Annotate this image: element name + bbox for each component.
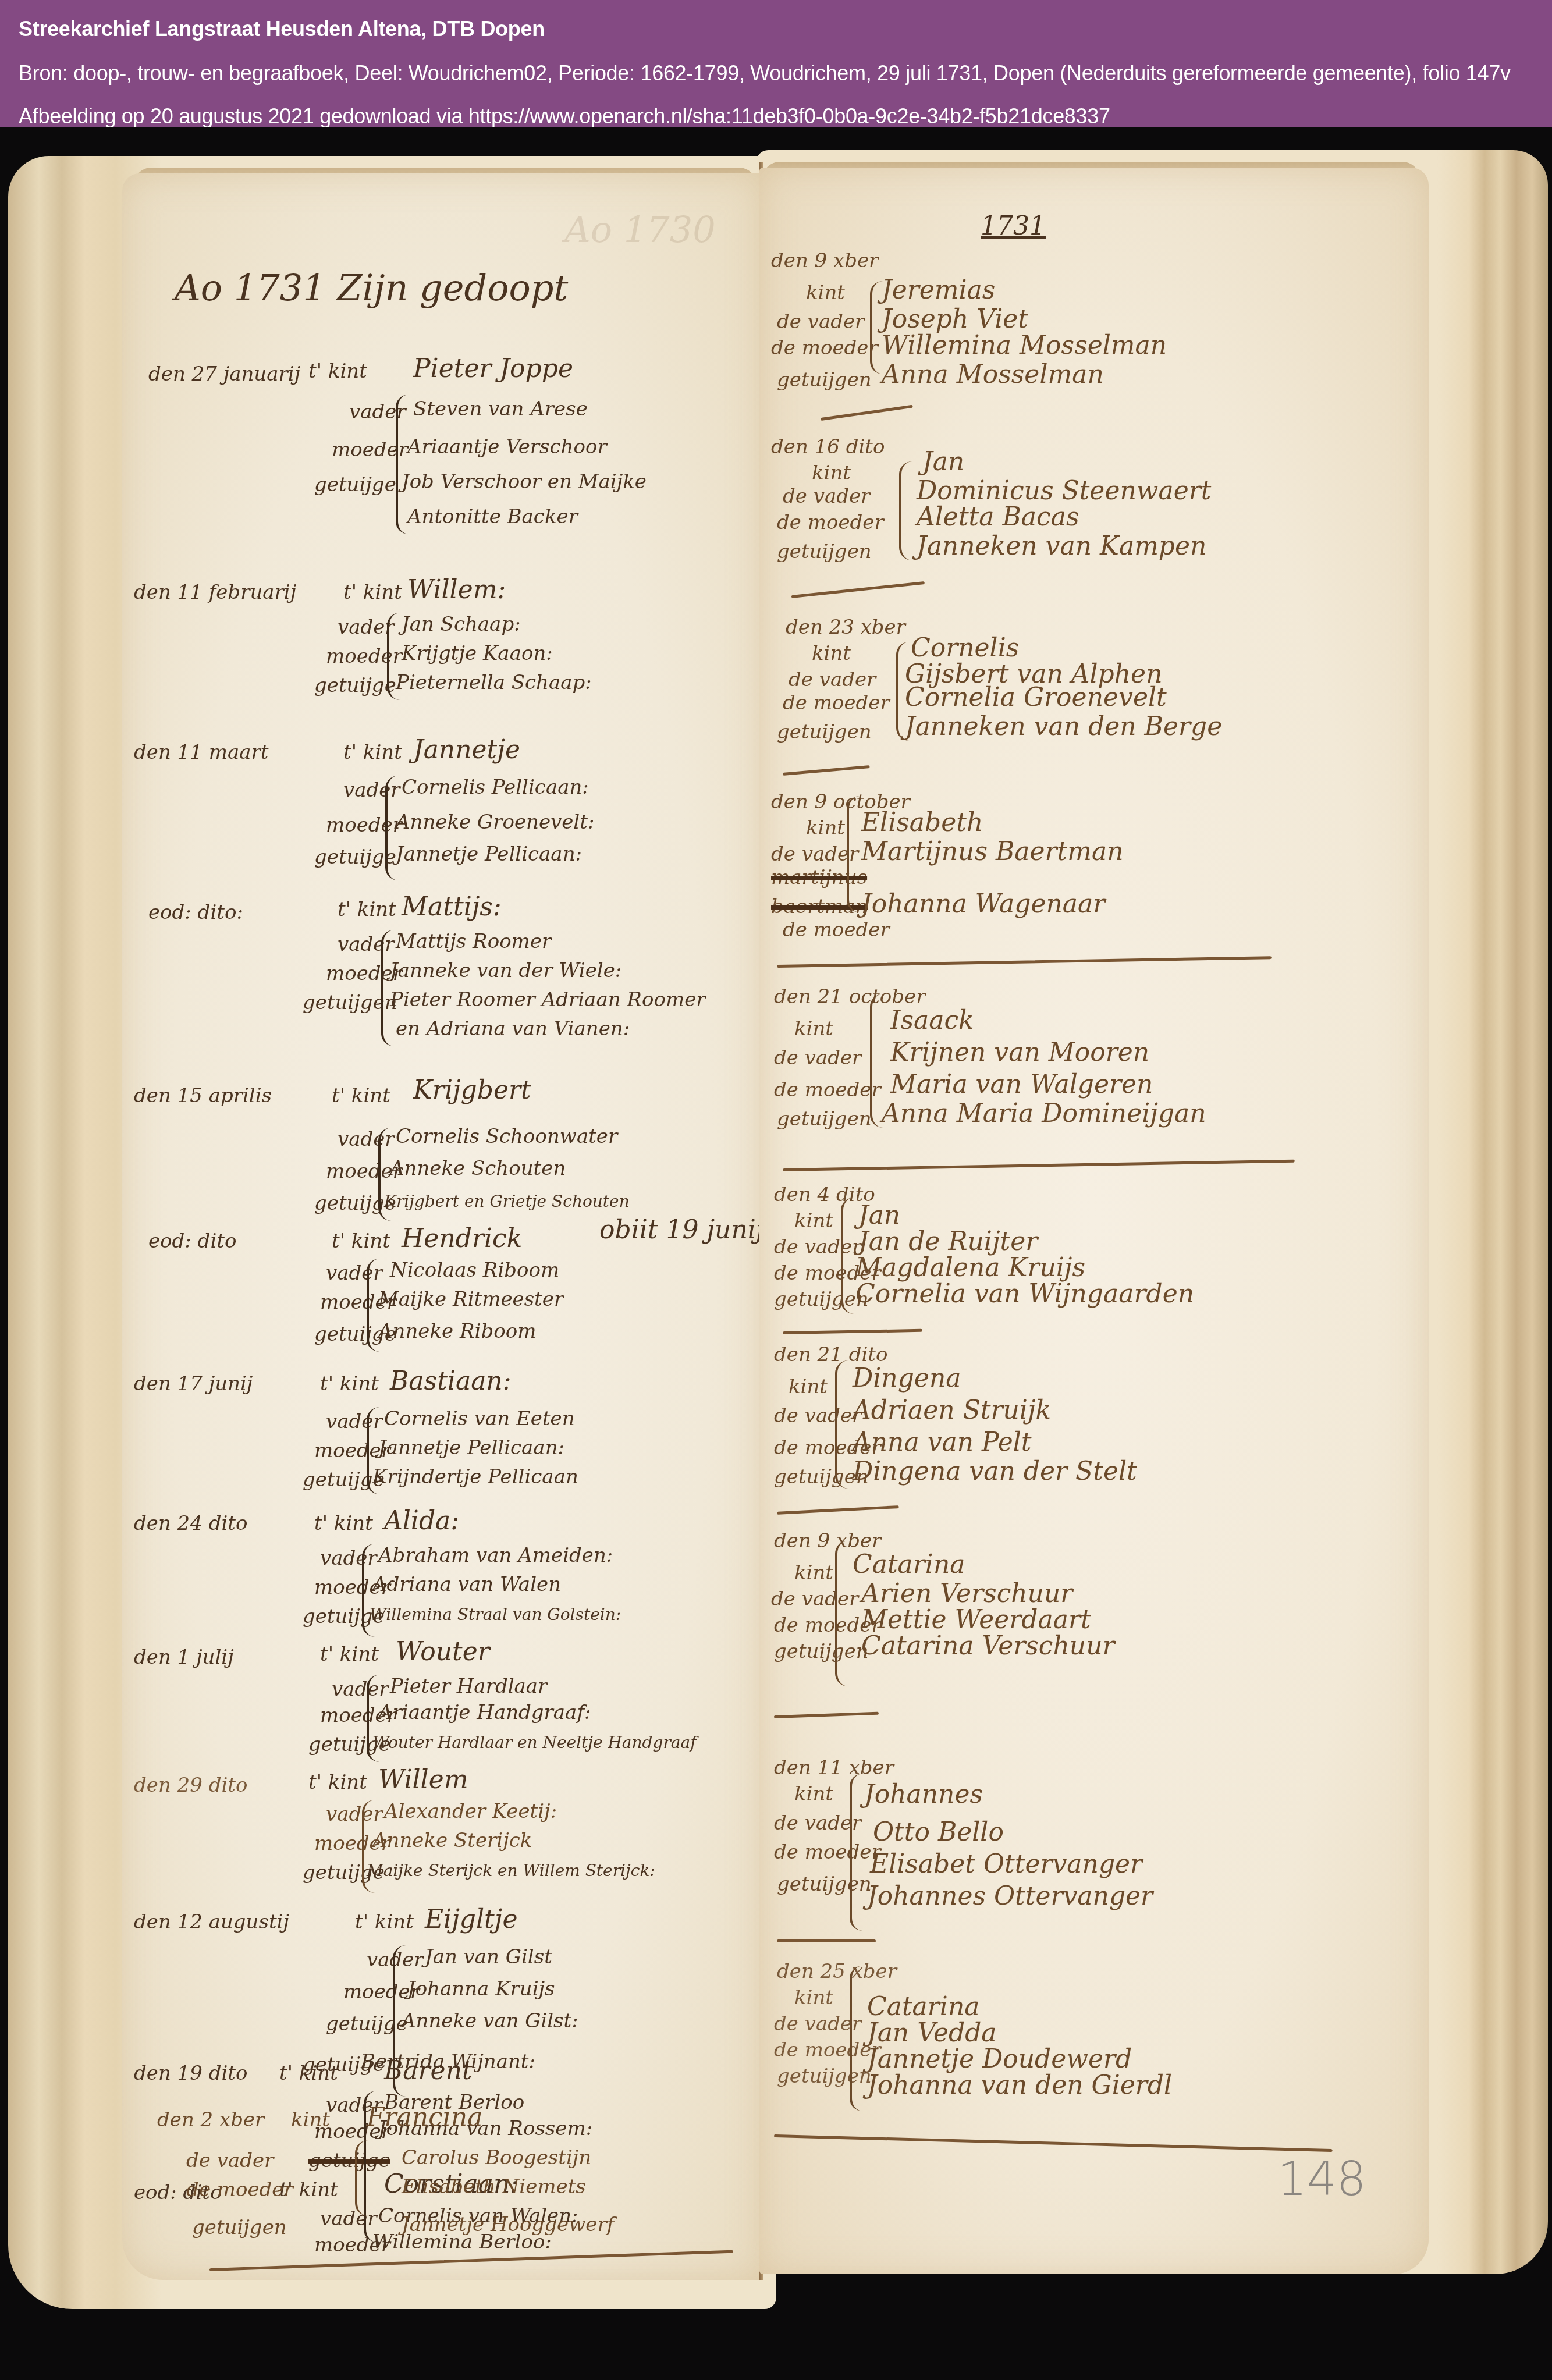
person-name: Anna Mosselman <box>882 360 1104 389</box>
brace <box>896 642 909 741</box>
role-label: de moeder <box>774 1078 881 1102</box>
role-label: vader <box>338 616 395 639</box>
person-name: Arien Verschuur <box>861 1579 1072 1608</box>
person-name: Pieter Roomer Adriaan Roomer <box>390 988 706 1011</box>
child-name: Pieter Joppe <box>413 354 573 383</box>
child-name: Elisabeth <box>861 808 983 837</box>
person-name: Bertrida Wijnant: <box>361 2050 535 2073</box>
page-number: 148 <box>1277 2152 1366 2206</box>
person-name: Alexander Keetij: <box>384 1800 557 1823</box>
person-name: Janneken van Kampen <box>917 531 1206 561</box>
role-label: de vader <box>774 1404 861 1427</box>
brace <box>850 1774 862 1931</box>
person-name: Krijgtje Kaaon: <box>402 642 553 665</box>
right-page: 1731 den 9 xber kint Jeremias de vader J… <box>759 168 1429 2274</box>
entry-date: den 27 januarij <box>148 363 300 386</box>
child-name: Alida: <box>384 1506 459 1536</box>
role-label: de moeder <box>774 1841 881 1864</box>
person-name: Anneke Groenevelt: <box>396 811 594 834</box>
person-name: Anneke Sterijck <box>372 1829 532 1852</box>
person-name: Aletta Bacas <box>917 502 1079 532</box>
person-name: Joseph Viet <box>882 304 1028 334</box>
brace <box>367 1407 379 1494</box>
person-name: Nicolaas Riboom <box>390 1259 559 1282</box>
role-label: getuijgen <box>777 540 872 563</box>
left-page: Ao 1730 Ao 1731 Zijn gedoopt den 27 janu… <box>122 173 762 2280</box>
person-name: Willemina Straal van Golstein: <box>370 1605 621 1624</box>
person-name: Elisabet Ottervanger <box>870 1849 1142 1879</box>
brace <box>362 1800 375 1893</box>
separator-line <box>774 1712 879 1718</box>
entry-date: eod: dito: <box>148 901 243 924</box>
role-label: de vader <box>789 668 876 691</box>
role-label: getuijgen <box>192 2216 287 2239</box>
child-name: Willem: <box>407 575 506 605</box>
archive-header-banner: Streekarchief Langstraat Heusden Altena,… <box>0 0 1552 127</box>
archive-title: Streekarchief Langstraat Heusden Altena,… <box>19 17 1533 41</box>
person-name: Jannetje Pellicaan: <box>396 843 582 866</box>
person-name: Cornelis Schoonwater <box>396 1125 617 1148</box>
child-name: Jan <box>922 447 964 477</box>
person-name: Elisabeth Niemets <box>402 2175 586 2198</box>
role-label: de moeder <box>777 511 884 534</box>
download-attribution: Afbeelding op 20 augustus 2021 gedownloa… <box>19 105 1533 128</box>
person-name: Cornelis van Eeten <box>384 1407 575 1430</box>
child-name: Hendrick <box>402 1224 522 1253</box>
person-name: Willemina Mosselman <box>882 331 1167 360</box>
person-name: Johannes Ottervanger <box>867 1881 1153 1911</box>
role-label: kint <box>789 1375 828 1398</box>
source-citation: Bron: doop-, trouw- en begraafboek, Deel… <box>19 62 1533 85</box>
brace <box>387 613 400 700</box>
person-name: Ariaantje Verschoor <box>407 435 607 459</box>
brace <box>899 461 912 560</box>
role-label: de moeder <box>774 2038 881 2062</box>
struck-label: getuijge <box>308 2149 390 2172</box>
person-name: Maijke Ritmeester <box>378 1288 563 1311</box>
entry-date: den 16 dito <box>771 435 885 459</box>
person-name: Wouter Hardlaar en Neeltje Handgraaf <box>372 1733 697 1752</box>
child-name: Isaack <box>890 1006 974 1035</box>
role-label: getuijge <box>314 473 396 496</box>
person-name: Maria van Walgeren <box>890 1070 1153 1099</box>
role-label: vader <box>332 1678 389 1701</box>
role-label: de vader <box>783 485 870 508</box>
child-name: Willem <box>378 1765 468 1795</box>
brace <box>835 1541 848 1686</box>
role-label: kint <box>806 281 845 304</box>
role-label: getuijge <box>314 846 396 869</box>
role-label: kint <box>794 1561 833 1585</box>
child-name: Cornelis <box>911 633 1019 663</box>
role-label: de vader <box>774 1046 861 1070</box>
person-name: Pieter Hardlaar <box>390 1675 547 1698</box>
entry-date: den 12 augustij <box>134 1910 289 1934</box>
person-name: Mettie Weerdaart <box>861 1605 1091 1635</box>
kind-label: t' kint <box>308 360 367 383</box>
person-name: Carolus Boogestijn <box>402 2146 591 2169</box>
brace <box>850 1966 862 2111</box>
entry-date: den 11 xber <box>774 1756 894 1779</box>
person-name: Cornelis Pellicaan: <box>402 776 589 799</box>
brace <box>355 2140 368 2216</box>
role-label: getuijge <box>314 674 396 697</box>
page-heading: 1731 <box>981 211 1046 241</box>
role-label: kint <box>812 642 851 665</box>
brace <box>841 1198 854 1314</box>
person-name: Dingena van der Stelt <box>853 1457 1137 1486</box>
person-name: Janneken van den Berge <box>905 712 1222 741</box>
role-label: de vader <box>777 310 864 333</box>
entry-date: den 21 dito <box>774 1343 887 1366</box>
role-label: kint <box>794 1209 833 1232</box>
child-name: Krijgbert <box>413 1075 531 1105</box>
person-name: Krijgbert en Grietje Schouten <box>384 1192 630 1211</box>
role-label: de moeder <box>771 336 878 360</box>
person-name: Adriaen Struijk <box>853 1395 1051 1425</box>
person-name: Magdalena Kruijs <box>855 1253 1085 1283</box>
brace <box>378 1128 391 1221</box>
person-name: Cornelia Groenevelt <box>905 683 1167 712</box>
role-label: getuijgen <box>777 368 872 392</box>
role-label: de moeder <box>783 918 890 942</box>
entry-date: den 11 maart <box>134 741 268 764</box>
brace <box>367 1259 379 1352</box>
brace <box>396 395 409 534</box>
person-name: Jannetje Hooggewerf <box>402 2213 614 2236</box>
entry-date: den 11 februarij <box>134 581 296 604</box>
kind-label: t' kint <box>314 1512 373 1535</box>
person-name: Krijnen van Mooren <box>890 1038 1149 1067</box>
role-label: getuijgen <box>774 1288 869 1311</box>
kind-label: t' kint <box>355 1910 414 1934</box>
person-name: Mattijs Roomer <box>396 930 551 953</box>
person-name: Adriana van Walen <box>372 1573 561 1596</box>
person-name: Steven van Arese <box>413 397 588 421</box>
kind-label: kint <box>291 2108 330 2132</box>
entry-date: den 24 dito <box>134 1512 247 1535</box>
role-label: getuijgen <box>774 1640 869 1663</box>
role-label: de vader <box>771 843 858 866</box>
person-name: Anneke Riboom <box>378 1320 536 1343</box>
child-name: Jan <box>858 1200 900 1230</box>
person-name: Anneke Schouten <box>390 1157 566 1180</box>
person-name: Johanna Kruijs <box>407 1977 555 2001</box>
entry-date: den 23 xber <box>786 616 905 639</box>
child-name: Wouter <box>396 1637 490 1667</box>
kind-label: t' kint <box>338 898 396 921</box>
death-note: obiit 19 junij <box>599 1215 763 1245</box>
child-name: Catarina <box>867 1992 980 2022</box>
child-name: Jannetje <box>413 735 520 765</box>
kind-label: t' kint <box>343 581 402 604</box>
entry-date: eod: dito <box>148 1230 236 1253</box>
brace <box>870 994 883 1128</box>
person-name: Jannetje Pellicaan: <box>378 1436 564 1459</box>
kind-label: t' kint <box>320 1372 379 1395</box>
page-heading: Ao 1731 Zijn gedoopt <box>175 267 568 309</box>
child-name: Johannes <box>864 1779 983 1809</box>
person-name: Jannetje Doudewerd <box>867 2044 1132 2074</box>
entry-date: den 9 xber <box>771 249 878 272</box>
entry-date: den 1 julij <box>134 1646 234 1669</box>
role-label: de vader <box>774 1811 861 1835</box>
person-name: Anneke van Gilst: <box>402 2009 578 2033</box>
child-name: Mattijs: <box>402 892 502 922</box>
brace <box>835 1360 848 1489</box>
person-name: Janneke van der Wiele: <box>390 959 621 982</box>
separator-line <box>783 1329 922 1334</box>
role-label: kint <box>794 1986 833 2009</box>
person-name: Jan de Ruijter <box>858 1227 1038 1256</box>
child-name: Jeremias <box>882 275 995 305</box>
separator-line <box>783 1160 1295 1171</box>
person-name: Maijke Sterijck en Willem Sterijck: <box>367 1861 655 1880</box>
brace <box>381 930 394 1046</box>
role-label: kint <box>794 1017 833 1040</box>
brace <box>847 796 860 912</box>
person-name: Job Verschoor en Maijke <box>402 470 647 493</box>
kind-label: t' kint <box>343 741 402 764</box>
entry-date: den 21 october <box>774 985 925 1008</box>
child-name: Catarina <box>853 1550 965 1579</box>
person-name: Pieternella Schaap: <box>396 671 592 694</box>
role-label: de vader <box>774 2012 861 2036</box>
person-name: Dominicus Steenwaert <box>917 476 1211 506</box>
child-name: Dingena <box>853 1363 961 1393</box>
brace <box>385 776 398 880</box>
person-name: Cornelia van Wijngaarden <box>855 1279 1194 1309</box>
separator-line <box>777 956 1272 968</box>
entry-date: den 15 aprilis <box>134 1084 272 1107</box>
person-name: Jan van Gilst <box>425 1945 552 1969</box>
brace <box>367 1675 379 1762</box>
person-name: Otto Bello <box>873 1817 1004 1847</box>
entry-date: den 9 xber <box>774 1529 881 1553</box>
role-label: getuijgen <box>777 1107 872 1131</box>
separator-line <box>777 1505 899 1515</box>
ghost-heading: Ao 1730 <box>564 208 716 251</box>
role-label: getuijgen <box>777 720 872 744</box>
kind-label: t' kint <box>320 1643 379 1666</box>
person-name: en Adriana van Vianen: <box>396 1017 630 1040</box>
person-name: Krijndertje Pellicaan <box>372 1465 578 1489</box>
entry-date: den 19 dito <box>134 2062 247 2085</box>
kind-label: t' kint <box>308 1771 367 1794</box>
book-scan: Ao 1730 Ao 1731 Zijn gedoopt den 27 janu… <box>0 127 1552 2380</box>
entry-date: den 29 dito <box>134 1774 247 1797</box>
kind-label: t' kint <box>332 1084 390 1107</box>
role-label: kint <box>794 1782 833 1806</box>
separator-line <box>783 765 870 776</box>
role-label: de vader <box>186 2149 274 2172</box>
kind-label: t' kint <box>332 1230 390 1253</box>
person-name: Ariaantje Handgraaf: <box>378 1701 591 1724</box>
separator-line <box>821 405 913 421</box>
person-name: Anna Maria Domineijgan <box>882 1099 1206 1128</box>
separator-line <box>791 581 925 598</box>
role-label: de moeder <box>783 691 890 715</box>
person-name: Johanna Wagenaar <box>861 889 1105 919</box>
person-name: Jan Vedda <box>867 2018 997 2048</box>
person-name: Antonitte Backer <box>407 505 578 528</box>
role-label: kint <box>806 816 845 840</box>
brace <box>362 1544 375 1637</box>
entry-date: den 2 xber <box>157 2108 264 2132</box>
child-name: Bastiaan: <box>390 1366 512 1396</box>
person-name: Martijnus Baertman <box>861 837 1124 866</box>
person-name: Johanna van den Gierdl <box>867 2070 1172 2100</box>
entry-date: den 17 junij <box>134 1372 253 1395</box>
child-name: Francina <box>367 2102 482 2132</box>
separator-line <box>777 1939 876 1942</box>
person-name: Anna van Pelt <box>853 1427 1032 1457</box>
brace <box>870 281 883 374</box>
entry-date: den 25 xber <box>777 1960 897 1983</box>
person-name: Abraham van Ameiden: <box>378 1544 613 1567</box>
person-name: Catarina Verschuur <box>861 1631 1115 1661</box>
separator-line <box>774 2134 1333 2152</box>
child-name: Eijgltje <box>425 1905 517 1934</box>
role-label: de moeder <box>186 2178 293 2201</box>
role-label: kint <box>812 461 851 485</box>
person-name: Jan Schaap: <box>402 613 521 636</box>
